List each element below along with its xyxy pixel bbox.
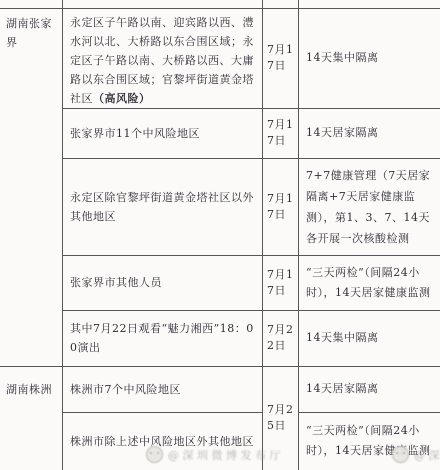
date-text: 7月25日 <box>267 402 296 434</box>
measure-text: 14天居家隔离 <box>306 379 379 399</box>
date-cell: 7月17日 <box>262 255 298 310</box>
date-cell: 7月22日 <box>262 310 298 366</box>
smiley-emoji-icon <box>392 446 409 463</box>
area-cell: 张家界市11个中风险地区 <box>62 108 262 158</box>
measure-cell: “三天两检”（间隔24小时），14天居家健康监测 <box>298 255 440 310</box>
measure-text: “三天两检”（间隔24小时），14天居家健康监测 <box>306 263 436 303</box>
measure-text: 14天集中隔离 <box>306 48 379 68</box>
area-text: 永定区子午路以南、迎宾路以西、澧水河以北、大桥路以东合围区域；永定区子午路以南、… <box>70 13 256 108</box>
date-cell: 7月17日 <box>262 158 298 255</box>
measure-cell: 14天居家隔离 <box>298 108 440 158</box>
watermark-text: @深圳微博发布厅 <box>168 447 284 463</box>
date-cell: 7月17日 <box>262 108 298 158</box>
date-text: 7月17日 <box>267 191 296 223</box>
area-text: 永定区除官黎坪街道黄金塔社区以外其他地区 <box>70 188 256 226</box>
area-cell: 株洲市7个中风险地区 <box>62 366 262 412</box>
smiley-emoji-icon <box>146 446 163 463</box>
area-text: 株洲市7个中风险地区 <box>70 380 181 399</box>
area-text-highrisk: （高风险） <box>93 92 151 105</box>
measure-text: 7+7健康管理（7天居家隔离+7天居家健康监测），第1、3、7、14天各开展一次… <box>306 165 436 249</box>
region-cell-zhangjiajie: 湖南张家界 <box>0 8 62 108</box>
area-cell: 永定区子午路以南、迎宾路以西、澧水河以北、大桥路以东合围区域；永定区子午路以南、… <box>62 8 262 108</box>
region-cell-zhuzhou: 湖南株洲 <box>0 366 62 412</box>
quarantine-policy-table: 湖南张家界 湖南株洲 永定区子午路以南、迎宾路以西、澧水河以北、大桥路以东合围区… <box>0 0 440 470</box>
watermark-right: @深圳微博发布厅 <box>392 446 440 463</box>
measure-text: 14天居家隔离 <box>306 123 379 143</box>
area-cell: 永定区除官黎坪街道黄金塔社区以外其他地区 <box>62 158 262 255</box>
watermark-text: @深圳微博发布厅 <box>414 447 440 463</box>
area-cell: 其中7月22日观看“魅力湘西”18：00演出 <box>62 310 262 366</box>
region-label: 湖南张家界 <box>6 14 59 52</box>
region-label: 湖南株洲 <box>6 380 52 399</box>
measure-cell: 14天居家隔离 <box>298 366 440 412</box>
date-cell: 7月17日 <box>262 8 298 108</box>
measure-cell: 7+7健康管理（7天居家隔离+7天居家健康监测），第1、3、7、14天各开展一次… <box>298 158 440 255</box>
measure-text: 14天集中隔离 <box>306 328 379 348</box>
watermark-center: @深圳微博发布厅 <box>146 446 284 463</box>
date-text: 7月17日 <box>267 267 296 299</box>
date-text: 7月17日 <box>267 42 296 74</box>
date-text: 7月22日 <box>267 322 296 354</box>
area-text: 其中7月22日观看“魅力湘西”18：00演出 <box>70 319 256 357</box>
measure-cell: 14天集中隔离 <box>298 310 440 366</box>
area-text: 张家界市其他人员 <box>70 273 162 292</box>
area-text: 张家界市11个中风险地区 <box>70 124 200 143</box>
area-cell: 张家界市其他人员 <box>62 255 262 310</box>
measure-cell: 14天集中隔离 <box>298 8 440 108</box>
date-text: 7月17日 <box>267 117 296 149</box>
